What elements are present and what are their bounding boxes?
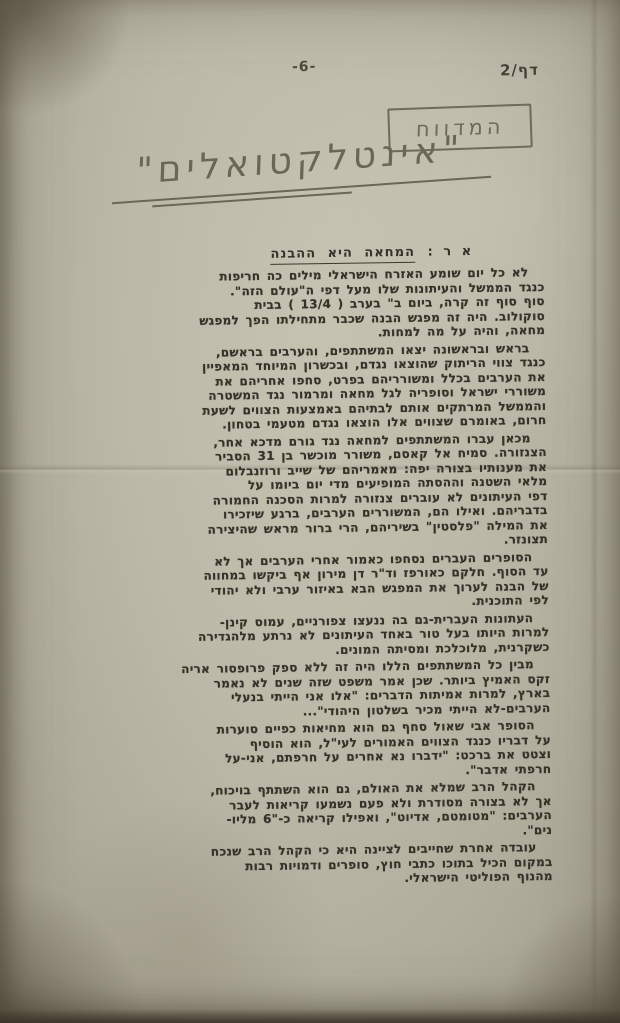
paragraph: העתונות העברית-גם בה ננעצו צפורניים, עמו… (75, 610, 550, 660)
paragraph: מכאן עברו המשתתפים למחאה נגד גורם מדכא א… (73, 430, 549, 553)
paragraph: בראש ובראשונה יצאו המשתתפים, והערבים ברא… (71, 340, 546, 434)
paragraph: הקהל הרב שמלא את האולם, גם הוא השתתף בוי… (78, 779, 553, 844)
paragraph: הסופר אבי שאול סחף גם הוא מחיאות כפיים ס… (77, 718, 552, 783)
vertical-fold-crease (590, 0, 598, 1023)
paragraph: הסופרים העברים נסחפו כאמור אחרי הערבים א… (74, 549, 549, 614)
document-title-block: "אינטלקטואלים" (108, 127, 491, 210)
paragraph: מבין כל המשתתפים הללו היה זה ללא ספק פרו… (76, 657, 551, 722)
doc-reference: דף/2 (500, 61, 539, 80)
paragraph: לא כל יום שומע האזרח הישראלי מילים כה חר… (70, 265, 545, 344)
section-heading-title: המחאה היא ההבנה (270, 245, 415, 265)
page-number: -6- (292, 59, 317, 75)
section-heading: א ר : המחאה היא ההבנה (70, 244, 474, 265)
section-heading-label: א ר : (427, 244, 474, 260)
typewritten-body: א ר : המחאה היא ההבנה לא כל יום שומע האז… (70, 243, 553, 893)
scanned-document-page: -6- דף/2 המדווח "אינטלקטואלים" א ר : המח… (0, 0, 620, 1023)
page-bottom-shadow (0, 1009, 620, 1023)
paragraph: עובדה אחרת שחייבים לציינה היא כי הקהל הר… (78, 840, 553, 890)
